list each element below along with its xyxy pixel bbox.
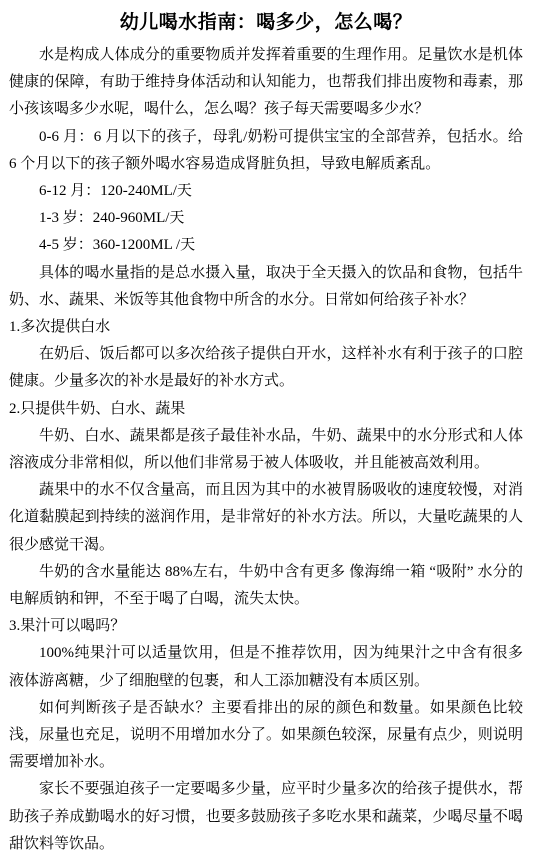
paragraph-milk-water-produce: 牛奶、白水、蔬果都是孩子最佳补水品，牛奶、蔬果中的水分形式和人体溶液成分非常相似… bbox=[9, 423, 523, 477]
document-body: 水是构成人体成分的重要物质并发挥着重要的生理作用。足量饮水是机体健康的保障，有助… bbox=[9, 42, 523, 857]
paragraph-parent-advice: 家长不要强迫孩子一定要喝多少量，应平时少量多次的给孩子提供水，帮助孩子养成勤喝水… bbox=[9, 776, 523, 857]
paragraph-intro: 水是构成人体成分的重要物质并发挥着重要的生理作用。足量饮水是机体健康的保障，有助… bbox=[9, 42, 523, 124]
paragraph-judge-dehydration: 如何判断孩子是否缺水？主要看排出的尿的颜色和数量。如果颜色比较浅，尿量也充足，说… bbox=[9, 695, 523, 777]
section-heading-3: 3.果汁可以喝吗？ bbox=[9, 613, 523, 640]
paragraph-age-1-3-years: 1-3 岁：240-960ML/天 bbox=[9, 205, 523, 232]
paragraph-plain-water: 在奶后、饭后都可以多次给孩子提供白开水，这样补水有利于孩子的口腔健康。少量多次的… bbox=[9, 341, 523, 395]
paragraph-total-intake: 具体的喝水量指的是总水摄入量，取决于全天摄入的饮品和食物，包括牛奶、水、蔬果、米… bbox=[9, 260, 523, 314]
paragraph-pure-juice: 100%纯果汁可以适量饮用，但是不推荐饮用，因为纯果汁之中含有很多液体游离糖，少… bbox=[9, 640, 523, 694]
section-heading-1: 1.多次提供白水 bbox=[9, 314, 523, 341]
document-title: 幼儿喝水指南：喝多少，怎么喝？ bbox=[9, 10, 523, 35]
paragraph-milk-water-content: 牛奶的含水量能达 88%左右，牛奶中含有更多 像海绵一箱 “吸附” 水分的电解质… bbox=[9, 559, 523, 613]
paragraph-age-4-5-years: 4-5 岁：360-1200ML /天 bbox=[9, 232, 523, 259]
paragraph-age-0-6-months: 0-6 月：6 月以下的孩子，母乳/奶粉可提供宝宝的全部营养，包括水。给 6 个… bbox=[9, 124, 523, 178]
document-page: 幼儿喝水指南：喝多少，怎么喝？ 水是构成人体成分的重要物质并发挥着重要的生理作用… bbox=[0, 0, 533, 857]
paragraph-age-6-12-months: 6-12 月：120-240ML/天 bbox=[9, 178, 523, 205]
section-heading-2: 2.只提供牛奶、白水、蔬果 bbox=[9, 396, 523, 423]
paragraph-produce-water: 蔬果中的水不仅含量高，而且因为其中的水被胃肠吸收的速度较慢，对消化道黏膜起到持续… bbox=[9, 477, 523, 559]
